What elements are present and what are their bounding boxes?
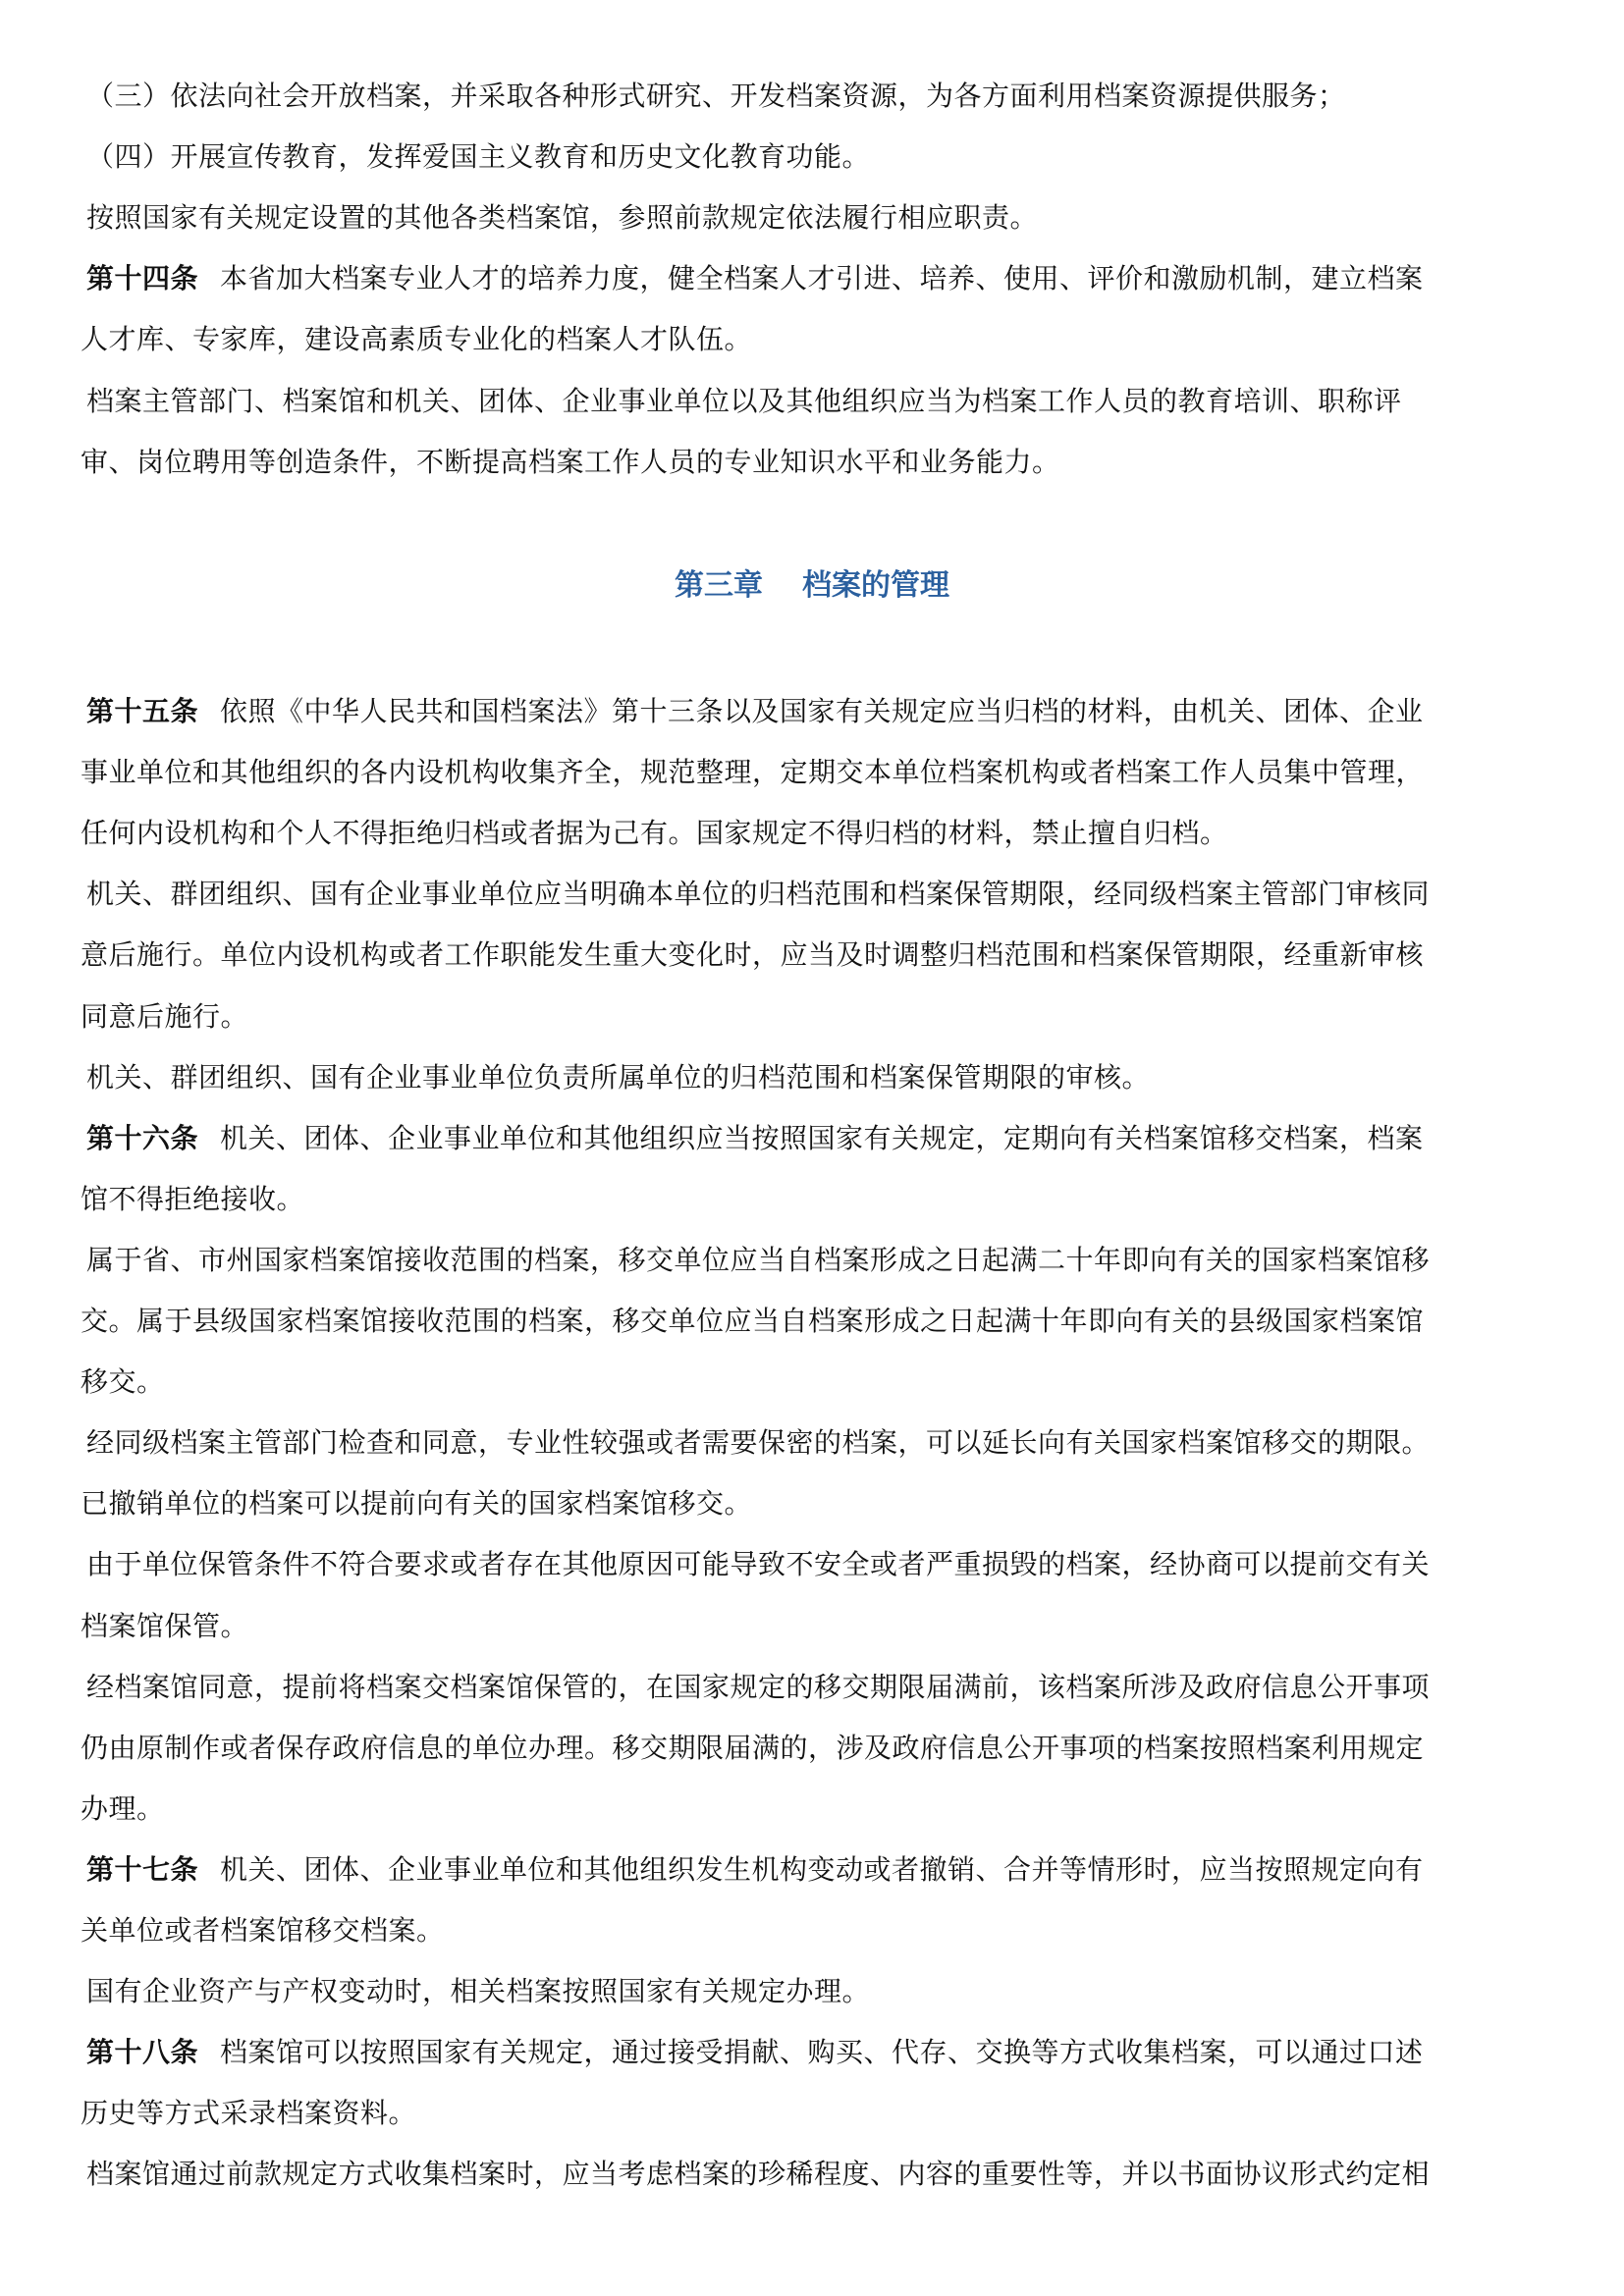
- line-text: 机关、团体、企业事业单位和其他组织应当按照国家有关规定，定期向有关档案馆移交档案…: [220, 1122, 1424, 1154]
- paragraph-line: 档案主管部门、档案馆和机关、团体、企业事业单位以及其他组织应当为档案工作人员的教…: [86, 382, 1540, 421]
- line-text: 仍由原制作或者保存政府信息的单位办理。移交期限届满的，涉及政府信息公开事项的档案…: [81, 1732, 1424, 1764]
- line-text: （三）依法向社会开放档案，并采取各种形式研究、开发档案资源，为各方面利用档案资源…: [86, 80, 1346, 112]
- article-paragraph-line: 第十八条档案馆可以按照国家有关规定，通过接受捐献、购买、代存、交换等方式收集档案…: [86, 2033, 1540, 2072]
- paragraph-line: 经同级档案主管部门检查和同意，专业性较强或者需要保密的档案，可以延长向有关国家档…: [86, 1423, 1540, 1463]
- line-text: 本省加大档案专业人才的培养力度，健全档案人才引进、培养、使用、评价和激励机制，建…: [220, 262, 1424, 294]
- line-text: 历史等方式采录档案资料。: [81, 2097, 416, 2129]
- paragraph-line: 移交。: [81, 1362, 1534, 1402]
- paragraph-line: 档案馆通过前款规定方式收集档案时，应当考虑档案的珍稀程度、内容的重要性等，并以书…: [86, 2155, 1540, 2194]
- paragraph-line: 按照国家有关规定设置的其他各类档案馆，参照前款规定依法履行相应职责。: [86, 198, 1540, 238]
- paragraph-line: 机关、群团组织、国有企业事业单位负责所属单位的归档范围和档案保管期限的审核。: [86, 1058, 1540, 1097]
- document-page: （三）依法向社会开放档案，并采取各种形式研究、开发档案资源，为各方面利用档案资源…: [0, 0, 1624, 2296]
- line-text: 档案馆通过前款规定方式收集档案时，应当考虑档案的珍稀程度、内容的重要性等，并以书…: [86, 2158, 1430, 2190]
- article-paragraph-line: 第十七条机关、团体、企业事业单位和其他组织发生机构变动或者撤销、合并等情形时，应…: [86, 1850, 1540, 1890]
- chapter-number: 第三章: [675, 568, 763, 603]
- paragraph-line: 人才库、专家库，建设高素质专业化的档案人才队伍。: [81, 320, 1534, 359]
- paragraph-line: 审、岗位聘用等创造条件，不断提高档案工作人员的专业知识水平和业务能力。: [81, 443, 1534, 482]
- line-text: 人才库、专家库，建设高素质专业化的档案人才队伍。: [81, 323, 752, 355]
- paragraph-line: 档案馆保管。: [81, 1607, 1534, 1646]
- line-text: 同意后施行。: [81, 1000, 248, 1033]
- line-text: 办理。: [81, 1792, 165, 1825]
- line-text: 经同级档案主管部门检查和同意，专业性较强或者需要保密的档案，可以延长向有关国家档…: [86, 1426, 1430, 1459]
- line-text: 按照国家有关规定设置的其他各类档案馆，参照前款规定依法履行相应职责。: [86, 201, 1038, 234]
- paragraph-line: 机关、群团组织、国有企业事业单位应当明确本单位的归档范围和档案保管期限，经同级档…: [86, 875, 1540, 914]
- line-text: 事业单位和其他组织的各内设机构收集齐全，规范整理，定期交本单位档案机构或者档案工…: [81, 756, 1424, 788]
- line-text: 意后施行。单位内设机构或者工作职能发生重大变化时，应当及时调整归档范围和档案保管…: [81, 938, 1424, 971]
- line-text: 机关、团体、企业事业单位和其他组织发生机构变动或者撤销、合并等情形时，应当按照规…: [220, 1853, 1424, 1886]
- line-text: 档案主管部门、档案馆和机关、团体、企业事业单位以及其他组织应当为档案工作人员的教…: [86, 385, 1402, 417]
- article-paragraph-line: 第十六条机关、团体、企业事业单位和其他组织应当按照国家有关规定，定期向有关档案馆…: [86, 1119, 1540, 1158]
- paragraph-line: 任何内设机构和个人不得拒绝归档或者据为己有。国家规定不得归档的材料，禁止擅自归档…: [81, 814, 1534, 853]
- paragraph-line: 仍由原制作或者保存政府信息的单位办理。移交期限届满的，涉及政府信息公开事项的档案…: [81, 1729, 1534, 1768]
- paragraph-line: 由于单位保管条件不符合要求或者存在其他原因可能导致不安全或者严重损毁的档案，经协…: [86, 1545, 1540, 1584]
- chapter-heading: 第三章档案的管理: [0, 566, 1624, 606]
- article-number: 第十七条: [86, 1853, 198, 1886]
- line-text: 移交。: [81, 1365, 165, 1398]
- paragraph-line: 馆不得拒绝接收。: [81, 1180, 1534, 1219]
- line-text: 审、岗位聘用等创造条件，不断提高档案工作人员的专业知识水平和业务能力。: [81, 446, 1060, 478]
- line-text: 档案馆可以按照国家有关规定，通过接受捐献、购买、代存、交换等方式收集档案，可以通…: [220, 2036, 1424, 2068]
- paragraph-line: 交。属于县级国家档案馆接收范围的档案，移交单位应当自档案形成之日起满十年即向有关…: [81, 1302, 1534, 1341]
- line-text: 任何内设机构和个人不得拒绝归档或者据为己有。国家规定不得归档的材料，禁止擅自归档…: [81, 817, 1228, 849]
- line-text: 交。属于县级国家档案馆接收范围的档案，移交单位应当自档案形成之日起满十年即向有关…: [81, 1305, 1424, 1337]
- paragraph-line: 国有企业资产与产权变动时，相关档案按照国家有关规定办理。: [86, 1972, 1540, 2011]
- line-text: 馆不得拒绝接收。: [81, 1183, 304, 1215]
- line-text: 档案馆保管。: [81, 1610, 248, 1642]
- article-number: 第十五条: [86, 695, 198, 727]
- paragraph-line: 关单位或者档案馆移交档案。: [81, 1911, 1534, 1950]
- line-text: 经档案馆同意，提前将档案交档案馆保管的，在国家规定的移交期限届满前，该档案所涉及…: [86, 1671, 1430, 1703]
- line-text: 依照《中华人民共和国档案法》第十三条以及国家有关规定应当归档的材料，由机关、团体…: [220, 695, 1424, 727]
- line-text: （四）开展宣传教育，发挥爱国主义教育和历史文化教育功能。: [86, 140, 870, 173]
- article-number: 第十四条: [86, 262, 198, 294]
- paragraph-line: 意后施行。单位内设机构或者工作职能发生重大变化时，应当及时调整归档范围和档案保管…: [81, 935, 1534, 975]
- line-text: 属于省、市州国家档案馆接收范围的档案，移交单位应当自档案形成之日起满二十年即向有…: [86, 1244, 1430, 1276]
- paragraph-line: 历史等方式采录档案资料。: [81, 2094, 1534, 2133]
- paragraph-line: 属于省、市州国家档案馆接收范围的档案，移交单位应当自档案形成之日起满二十年即向有…: [86, 1241, 1540, 1280]
- article-paragraph-line: 第十四条本省加大档案专业人才的培养力度，健全档案人才引进、培养、使用、评价和激励…: [86, 259, 1540, 298]
- paragraph-line: 办理。: [81, 1789, 1534, 1829]
- line-text: 国有企业资产与产权变动时，相关档案按照国家有关规定办理。: [86, 1975, 870, 2007]
- paragraph-line: 事业单位和其他组织的各内设机构收集齐全，规范整理，定期交本单位档案机构或者档案工…: [81, 753, 1534, 792]
- line-text: 机关、群团组织、国有企业事业单位负责所属单位的归档范围和档案保管期限的审核。: [86, 1061, 1150, 1094]
- paragraph-line: （四）开展宣传教育，发挥爱国主义教育和历史文化教育功能。: [86, 137, 1540, 177]
- paragraph-line: （三）依法向社会开放档案，并采取各种形式研究、开发档案资源，为各方面利用档案资源…: [86, 77, 1540, 116]
- line-text: 关单位或者档案馆移交档案。: [81, 1914, 445, 1947]
- article-paragraph-line: 第十五条依照《中华人民共和国档案法》第十三条以及国家有关规定应当归档的材料，由机…: [86, 692, 1540, 731]
- paragraph-line: 经档案馆同意，提前将档案交档案馆保管的，在国家规定的移交期限届满前，该档案所涉及…: [86, 1668, 1540, 1707]
- chapter-title: 档案的管理: [802, 568, 949, 603]
- line-text: 已撤销单位的档案可以提前向有关的国家档案馆移交。: [81, 1487, 752, 1520]
- line-text: 机关、群团组织、国有企业事业单位应当明确本单位的归档范围和档案保管期限，经同级档…: [86, 878, 1430, 910]
- line-text: 由于单位保管条件不符合要求或者存在其他原因可能导致不安全或者严重损毁的档案，经协…: [86, 1548, 1430, 1580]
- article-number: 第十六条: [86, 1122, 198, 1154]
- paragraph-line: 已撤销单位的档案可以提前向有关的国家档案馆移交。: [81, 1484, 1534, 1523]
- paragraph-line: 同意后施行。: [81, 997, 1534, 1037]
- article-number: 第十八条: [86, 2036, 198, 2068]
